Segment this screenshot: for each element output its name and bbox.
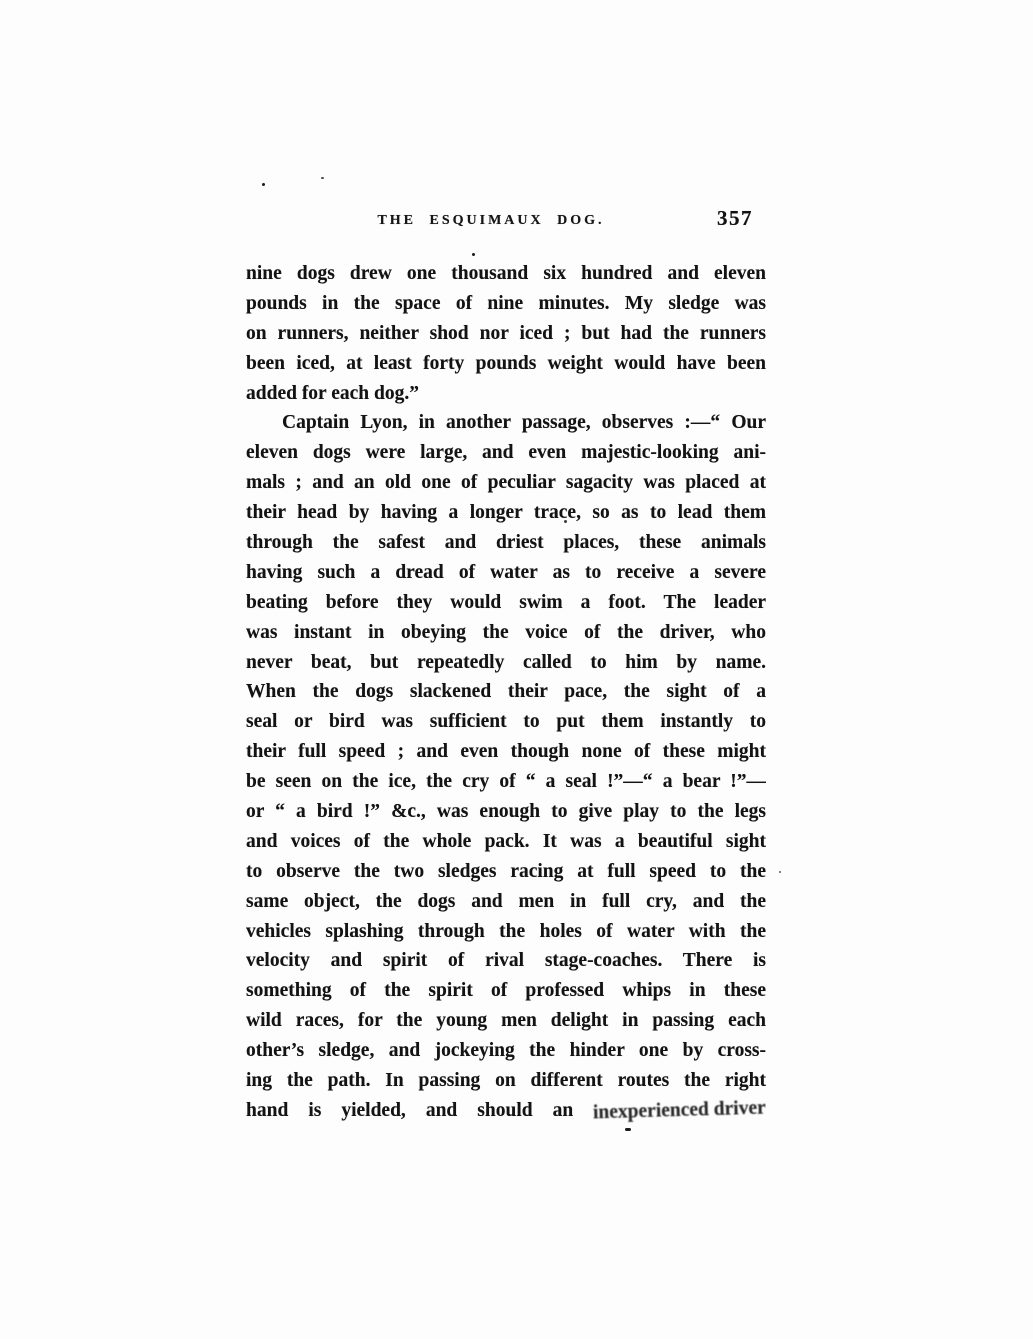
- text-line: mals ; and an old one of peculiar sagaci…: [246, 468, 766, 498]
- running-head: THE ESQUIMAUX DOG.: [246, 213, 736, 229]
- text-line: to observe the two sledges racing at ful…: [246, 857, 766, 887]
- page-body: nine dogs drew one thousand six hundred …: [246, 259, 766, 1126]
- scan-speck: [321, 177, 324, 179]
- text-line: having such a dread of water as to recei…: [246, 558, 766, 588]
- text-line: something of the spirit of professed whi…: [246, 976, 766, 1006]
- text-line: their head by having a longer trace, so …: [246, 498, 766, 528]
- text-line: ing the path. In passing on different ro…: [246, 1066, 766, 1096]
- text-line: or “ a bird !” &c., was enough to give p…: [246, 797, 766, 827]
- page-header: THE ESQUIMAUX DOG. 357: [246, 210, 766, 236]
- scan-speck: [625, 1128, 631, 1131]
- smudged-text: inexperienced driver: [593, 1096, 766, 1126]
- text-line: velocity and spirit of rival stage-coach…: [246, 946, 766, 976]
- text-line: nine dogs drew one thousand six hundred …: [246, 259, 766, 289]
- scanned-book-page: THE ESQUIMAUX DOG. 357 nine dogs drew on…: [0, 0, 1033, 1339]
- text-line: same object, the dogs and men in full cr…: [246, 887, 766, 917]
- text-line: through the safest and driest places, th…: [246, 528, 766, 558]
- paragraph: nine dogs drew one thousand six hundred …: [246, 259, 766, 408]
- text-line: was instant in obeying the voice of the …: [246, 618, 766, 648]
- scan-speck: [262, 183, 265, 186]
- text-line: other’s sledge, and jockeying the hinder…: [246, 1036, 766, 1066]
- text-line: Captain Lyon, in another passage, observ…: [246, 408, 766, 438]
- last-line-text: hand is yielded, and should an: [246, 1100, 573, 1121]
- paragraph: Captain Lyon, in another passage, observ…: [246, 408, 766, 1125]
- text-line: vehicles splashing through the holes of …: [246, 917, 766, 947]
- text-line: be seen on the ice, the cry of “ a seal …: [246, 767, 766, 797]
- text-line: added for each dog.”: [246, 379, 766, 409]
- text-line: never beat, but repeatedly called to him…: [246, 648, 766, 678]
- text-line: eleven dogs were large, and even majesti…: [246, 438, 766, 468]
- text-line: on runners, neither shod nor iced ; but …: [246, 319, 766, 349]
- text-line: pounds in the space of nine minutes. My …: [246, 289, 766, 319]
- text-line: When the dogs slackened their pace, the …: [246, 677, 766, 707]
- text-line: seal or bird was sufficient to put them …: [246, 707, 766, 737]
- scan-speck: [779, 871, 781, 873]
- page-number: 357: [717, 206, 753, 231]
- text-line: their full speed ; and even though none …: [246, 737, 766, 767]
- text-line: hand is yielded, and should an inexperie…: [246, 1096, 766, 1126]
- scan-speck: [472, 253, 475, 256]
- text-line: wild races, for the young men delight in…: [246, 1006, 766, 1036]
- text-line: been iced, at least forty pounds weight …: [246, 349, 766, 379]
- text-line: and voices of the whole pack. It was a b…: [246, 827, 766, 857]
- scan-speck: [564, 520, 567, 523]
- text-line: beating before they would swim a foot. T…: [246, 588, 766, 618]
